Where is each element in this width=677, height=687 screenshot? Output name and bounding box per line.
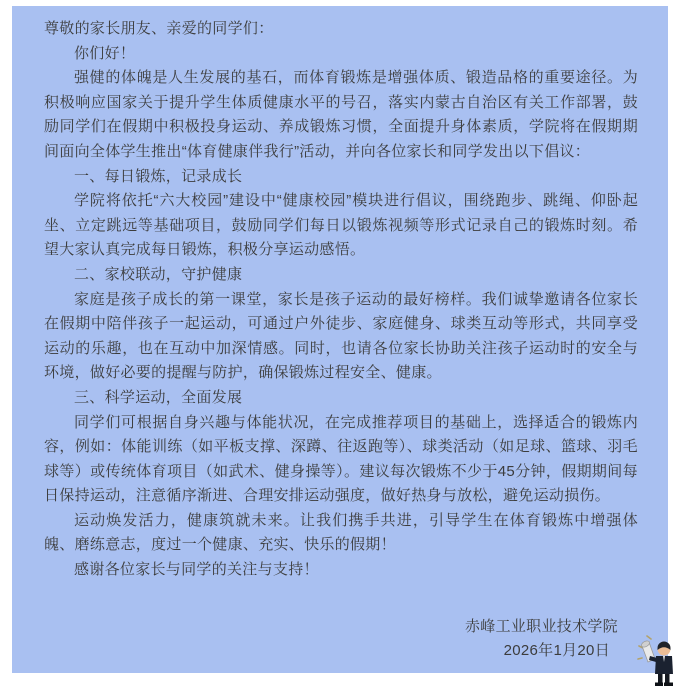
signature-block: 赤峰工业职业技术学院 2026年1月20日 <box>44 615 638 664</box>
thanks-paragraph: 感谢各位家长与同学的关注与支持！ <box>44 558 638 583</box>
intro-paragraph: 强健的体魄是人生发展的基石，而体育锻炼是增强体质、锻造品格的重要途径。为积极响应… <box>44 66 638 164</box>
salutation: 尊敬的家长朋友、亲爱的同学们： <box>44 17 638 42</box>
section-1-title: 一、每日锻炼，记录成长 <box>44 165 638 190</box>
section-3-body: 同学们可根据自身兴趣与体能状况，在完成推荐项目的基础上，选择适合的锻炼内容，例如… <box>44 411 638 509</box>
closing-paragraph: 运动焕发活力，健康筑就未来。让我们携手共进，引导学生在体育锻炼中增强体魄、磨练意… <box>44 509 638 558</box>
notice-page: 尊敬的家长朋友、亲爱的同学们： 你们好！ 强健的体魄是人生发展的基石，而体育锻炼… <box>0 0 677 687</box>
section-1-body: 学院将依托“六大校园”建设中“健康校园”模块进行倡议，围绕跑步、跳绳、仰卧起坐、… <box>44 189 638 263</box>
letter-panel: 尊敬的家长朋友、亲爱的同学们： 你们好！ 强健的体魄是人生发展的基石，而体育锻炼… <box>12 6 668 673</box>
signature: 赤峰工业职业技术学院 <box>44 615 638 640</box>
letter-content: 尊敬的家长朋友、亲爱的同学们： 你们好！ 强健的体魄是人生发展的基石，而体育锻炼… <box>12 6 668 664</box>
greeting: 你们好！ <box>44 42 638 67</box>
section-3-title: 三、科学运动，全面发展 <box>44 386 638 411</box>
date: 2026年1月20日 <box>44 639 638 664</box>
section-2-body: 家庭是孩子成长的第一课堂，家长是孩子运动的最好榜样。我们诚挚邀请各位家长在假期中… <box>44 288 638 386</box>
section-2-title: 二、家校联动，守护健康 <box>44 263 638 288</box>
announcer-mascot-icon <box>637 633 677 687</box>
